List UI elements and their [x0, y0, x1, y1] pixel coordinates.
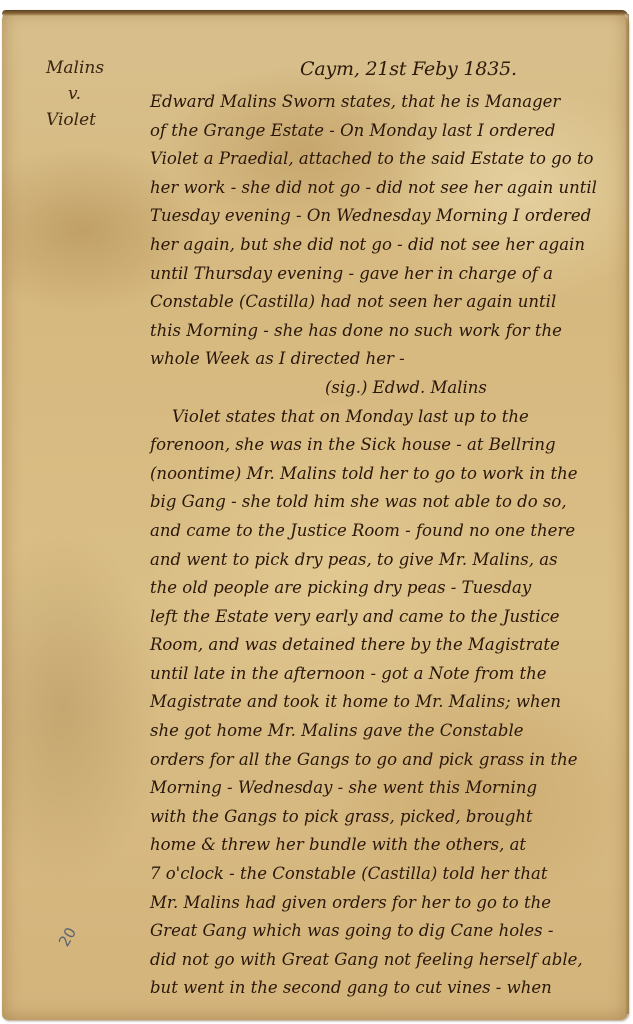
text-line: left the Estate very early and came to t… [150, 603, 620, 632]
text-line: forenoon, she was in the Sick house - at… [150, 431, 620, 460]
margin-note-plaintiff: Malins [46, 58, 104, 78]
margin-note-defendant: Violet [46, 110, 96, 130]
text-line: this Morning - she has done no such work… [150, 317, 620, 346]
text-line: Great Gang which was going to dig Cane h… [150, 917, 620, 946]
signature-line: (sig.) Edwd. Malins [150, 374, 620, 403]
text-line: and came to the Justice Room - found no … [150, 517, 620, 546]
text-line: until Thursday evening - gave her in cha… [150, 260, 620, 289]
text-line: big Gang - she told him she was not able… [150, 488, 620, 517]
text-line: home & threw her bundle with the others,… [150, 831, 620, 860]
text-line: Morning - Wednesday - she went this Morn… [150, 774, 620, 803]
text-line: she got home Mr. Malins gave the Constab… [150, 717, 620, 746]
text-line: Tuesday evening - On Wednesday Morning I… [150, 202, 620, 231]
text-line: whole Week as I directed her - [150, 345, 620, 374]
document-heading-date: Caym, 21st Feby 1835. [300, 58, 517, 80]
margin-note-versus: v. [68, 84, 81, 104]
text-line: and went to pick dry peas, to give Mr. M… [150, 546, 620, 575]
text-line: the old people are picking dry peas - Tu… [150, 574, 620, 603]
text-line: Room, and was detained there by the Magi… [150, 631, 620, 660]
text-line: her work - she did not go - did not see … [150, 174, 620, 203]
text-line: her again, but she did not go - did not … [150, 231, 620, 260]
text-line: orders for all the Gangs to go and pick … [150, 746, 620, 775]
page-right-edge [625, 14, 629, 1014]
text-line: Edward Malins Sworn states, that he is M… [150, 88, 620, 117]
text-line: Mr. Malins had given orders for her to g… [150, 889, 620, 918]
text-line: until late in the afternoon - got a Note… [150, 660, 620, 689]
text-line: Violet a Praedial, attached to the said … [150, 145, 620, 174]
text-line: of the Grange Estate - On Monday last I … [150, 117, 620, 146]
page-top-edge [2, 10, 628, 16]
text-line: (noontime) Mr. Malins told her to go to … [150, 460, 620, 489]
text-line: Violet states that on Monday last up to … [150, 403, 620, 432]
text-line: but went in the second gang to cut vines… [150, 974, 620, 1003]
text-line: Magistrate and took it home to Mr. Malin… [150, 688, 620, 717]
text-line: 7 o'clock - the Constable (Castilla) tol… [150, 860, 620, 889]
deposition-text: Edward Malins Sworn states, that he is M… [150, 88, 620, 1003]
text-line: with the Gangs to pick grass, picked, br… [150, 803, 620, 832]
text-line: Constable (Castilla) had not seen her ag… [150, 288, 620, 317]
text-line: did not go with Great Gang not feeling h… [150, 946, 620, 975]
